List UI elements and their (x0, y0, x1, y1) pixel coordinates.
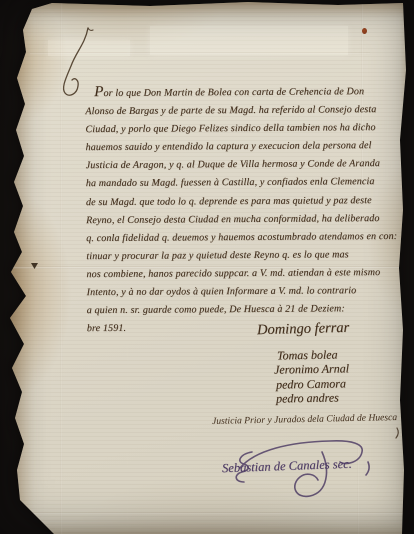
signature-pedro-andres: pedro andres (276, 390, 339, 406)
photo-background: Por lo que Don Martin de Bolea con carta… (0, 0, 414, 534)
body-line: Intento, y à no dar oydos à quien Inform… (87, 282, 409, 302)
body-line: hauemos sauido y entendido la captura y … (86, 137, 408, 157)
paper-shadow: Por lo que Don Martin de Bolea con carta… (0, 0, 414, 534)
letter-body: Por lo que Don Martin de Bolea con carta… (85, 81, 409, 339)
attribution-line: Justicia Prior y Jurados dela Ciudad de … (212, 412, 397, 427)
body-line: Ciudad, y porlo que Diego Felizes sindic… (85, 119, 407, 139)
ink-speck (11, 82, 14, 85)
body-line: nos combiene, hanos parecido suppcar. a … (86, 264, 408, 284)
body-line: Alonso de Bargas y de parte de su Magd. … (85, 101, 407, 121)
body-line: a quien n. sr. guarde como puede, De Hue… (87, 300, 409, 320)
body-line: bre 1591. (87, 318, 409, 338)
body-line: Justicia de Aragon, y q. al Duque de Vil… (86, 155, 408, 175)
body-line: q. conla fidelidad q. deuemos y hauemos … (86, 228, 408, 248)
wax-stain (362, 28, 367, 34)
body-line: de su Magd. que todo lo q. deprende es p… (86, 191, 408, 211)
body-line: ha mandado su Magd. fuessen à Castilla, … (86, 173, 408, 193)
fold-crease (20, 512, 404, 515)
body-line: Por lo que Don Martin de Bolea con carta… (85, 81, 407, 103)
repair-patch (150, 26, 348, 55)
body-line: tinuar y procurar la paz y quietud deste… (86, 246, 408, 266)
pen-mark-icon (392, 426, 404, 440)
manuscript-paper: Por lo que Don Martin de Bolea con carta… (0, 0, 414, 534)
body-line: Reyno, el Consejo desta Ciudad en mucha … (86, 210, 408, 230)
signature-domingo-ferrer: Domingo ferrar (257, 320, 350, 339)
signature-jeronimo-arnal: Jeronimo Arnal (274, 361, 349, 377)
